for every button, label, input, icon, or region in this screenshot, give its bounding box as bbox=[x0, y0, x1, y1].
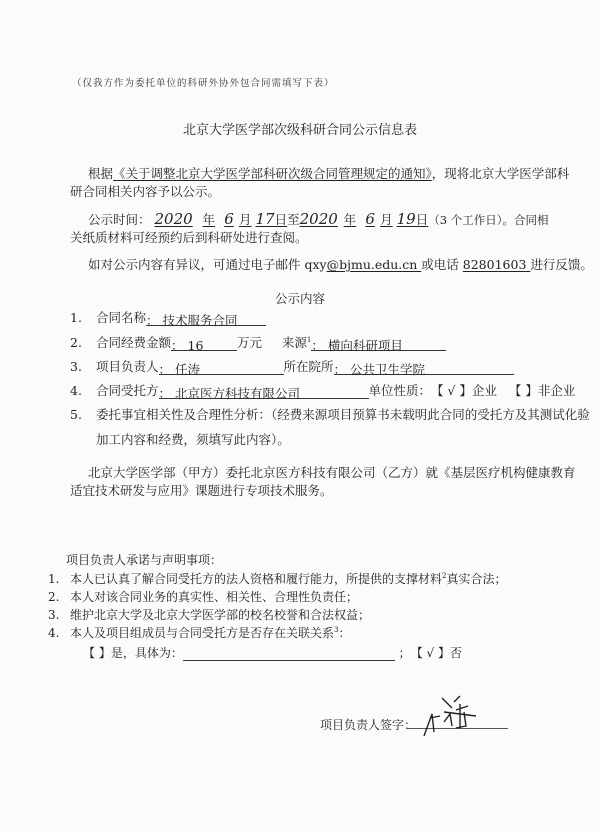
relation-detail-field[interactable] bbox=[183, 646, 395, 661]
start-year: 2020 bbox=[155, 211, 199, 227]
description-line-2: 适宜技术研发与应用》课题进行专项技术服务。 bbox=[70, 483, 333, 499]
commitments-title: 项目负责人承诺与声明事项： bbox=[66, 551, 222, 568]
start-month: 6 bbox=[219, 211, 239, 227]
start-day: 17 bbox=[255, 210, 274, 228]
header-note: （仅我方作为委托单位的科研外协外包合同需填写下表） bbox=[72, 75, 335, 89]
non-enterprise-checkbox[interactable]: 【 】 bbox=[509, 381, 538, 399]
end-year: 2020 bbox=[300, 211, 344, 227]
end-day: 19 bbox=[397, 210, 416, 228]
analysis-line-2: 加工内容和经费，须填写此内容）。 bbox=[96, 430, 290, 448]
signature-label: 项目负责人签字： bbox=[320, 716, 416, 733]
enterprise-checkbox[interactable]: 【 √ 】 bbox=[431, 381, 472, 399]
period-line-2: 关纸质材料可经预约后到科研处进行查阅。 bbox=[70, 230, 308, 246]
department-field: ： 公共卫生学院 bbox=[334, 360, 514, 375]
notice-link[interactable]: 《关于调整北京大学医学部科研次级合同管理规定的通知》 bbox=[113, 166, 432, 181]
commitment-item-3: 3.维护北京大学及北京大学医学部的校名校誉和合法权益； bbox=[48, 606, 370, 623]
signature-mark bbox=[420, 692, 480, 742]
description-line-1: 北京大学医学部（甲方）委托北京医方科技有限公司（乙方）就《基层医疗机构健康教育 bbox=[88, 465, 576, 481]
intro-line-1: 根据《关于调整北京大学医学部科研次级合同管理规定的通知》，现将北京大学医学部科 bbox=[88, 166, 569, 182]
leader-field: ： 任涛 bbox=[159, 360, 284, 375]
feedback-phone: 82801603 bbox=[463, 257, 531, 272]
source-field: ： 横向科研项目 bbox=[311, 336, 446, 351]
commitment-item-1: 1.本人已认真了解合同受托方的法人资格和履行能力，所提供的支撑材料2真实合法； bbox=[48, 570, 507, 587]
relation-no-checkbox[interactable]: 【 √ 】 bbox=[411, 644, 450, 661]
intro-line-2: 研合同相关内容予以公示。 bbox=[70, 184, 220, 200]
end-month: 6 bbox=[360, 211, 380, 227]
commitment-item-2: 2.本人对该合同业务的真实性、相关性、合理性负责任； bbox=[48, 588, 358, 605]
item-analysis: 5.委托事宜相关性及合理性分析：（经费来源项目预算书未载明此合同的受托方及其测试… bbox=[70, 405, 590, 423]
commitment-item-4: 4.本人及项目组成员与合同受托方是否存在关联关系3： bbox=[48, 624, 351, 641]
item-trustee: 4.合同受托方： 北京医方科技有限公司单位性质：【 √ 】企业 【 】非企业 bbox=[70, 381, 575, 399]
publicity-period: 公示时间： 2020 年 6月 17日至2020年 6月 19日（3 个工作日）… bbox=[88, 211, 548, 228]
amount-field: ： 16 bbox=[171, 336, 237, 351]
item-leader: 3.项目负责人： 任涛所在院所： 公共卫生学院 bbox=[70, 357, 514, 375]
feedback-line: 如对公示内容有异议，可通过电子邮件 qxy@bjmu.edu.cn 或电话 82… bbox=[88, 257, 593, 273]
document-title: 北京大学医学部次级科研合同公示信息表 bbox=[0, 119, 600, 138]
section-title: 公示内容 bbox=[0, 289, 600, 307]
contract-name-field: ： 技术服务合同 bbox=[146, 311, 266, 326]
item-amount: 2.合同经费金额： 16万元 来源1： 横向科研项目 bbox=[70, 333, 446, 351]
trustee-field: ： 北京医方科技有限公司 bbox=[159, 384, 369, 399]
relation-row: 【 】是，具体为： ；【 √ 】否 bbox=[83, 644, 462, 661]
feedback-email[interactable]: @bjmu.edu.cn bbox=[327, 257, 422, 272]
relation-yes-checkbox[interactable]: 【 】 bbox=[83, 644, 111, 661]
item-contract-name: 1.合同名称： 技术服务合同 bbox=[70, 308, 266, 326]
